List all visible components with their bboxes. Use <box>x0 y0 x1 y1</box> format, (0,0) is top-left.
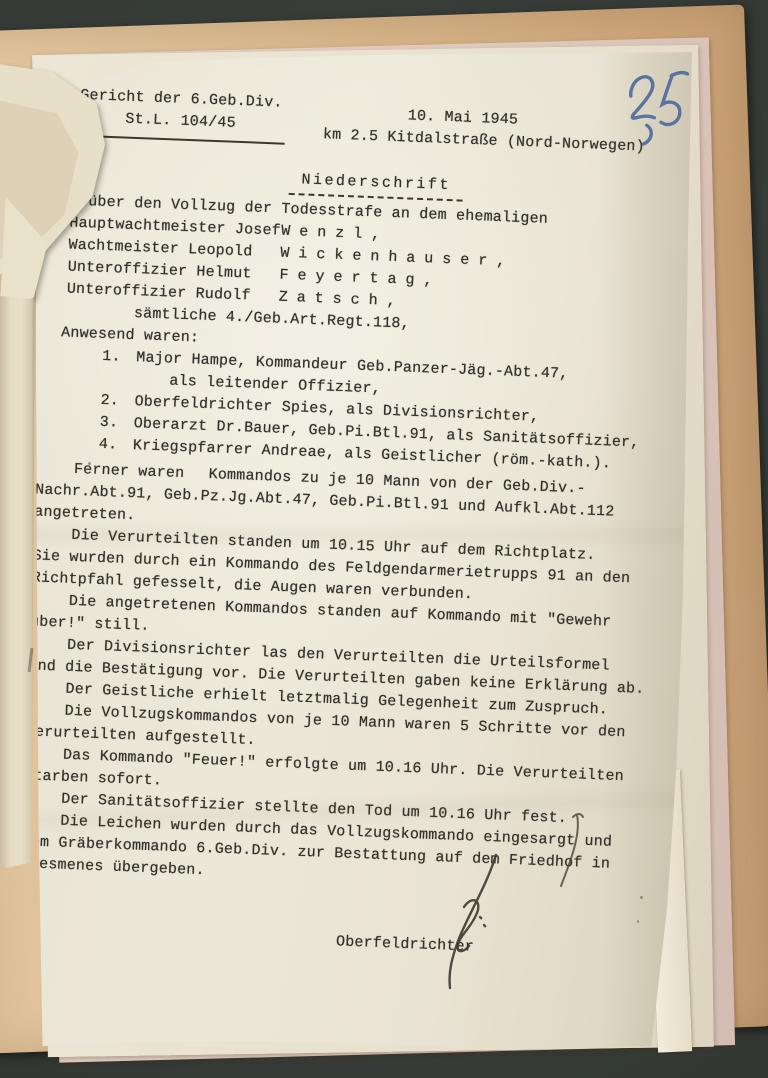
folded-paper-corner <box>0 46 140 306</box>
page-title: Niederschrift <box>289 169 463 202</box>
photo-of-archive-document: { "document": { "page_number": "25", "he… <box>0 0 768 1078</box>
date-place-block: 10. Mai 1945 km 2.5 Kitdalstraße (Nord-N… <box>323 102 656 159</box>
attendee-number: 1. <box>102 346 137 369</box>
signature-title: Oberfeldrichter <box>336 931 651 965</box>
paper-speck <box>637 920 639 923</box>
document-header: Gericht der 6.Geb.Div. St.L. 104/45 10. … <box>49 84 683 160</box>
attendee-number: 3. <box>99 412 134 435</box>
folded-paper-edge <box>0 296 35 868</box>
paper-speck <box>640 896 643 899</box>
attendee-number: 2. <box>100 390 135 413</box>
attendee-number: 4. <box>98 434 133 457</box>
paper-speck <box>88 462 91 465</box>
